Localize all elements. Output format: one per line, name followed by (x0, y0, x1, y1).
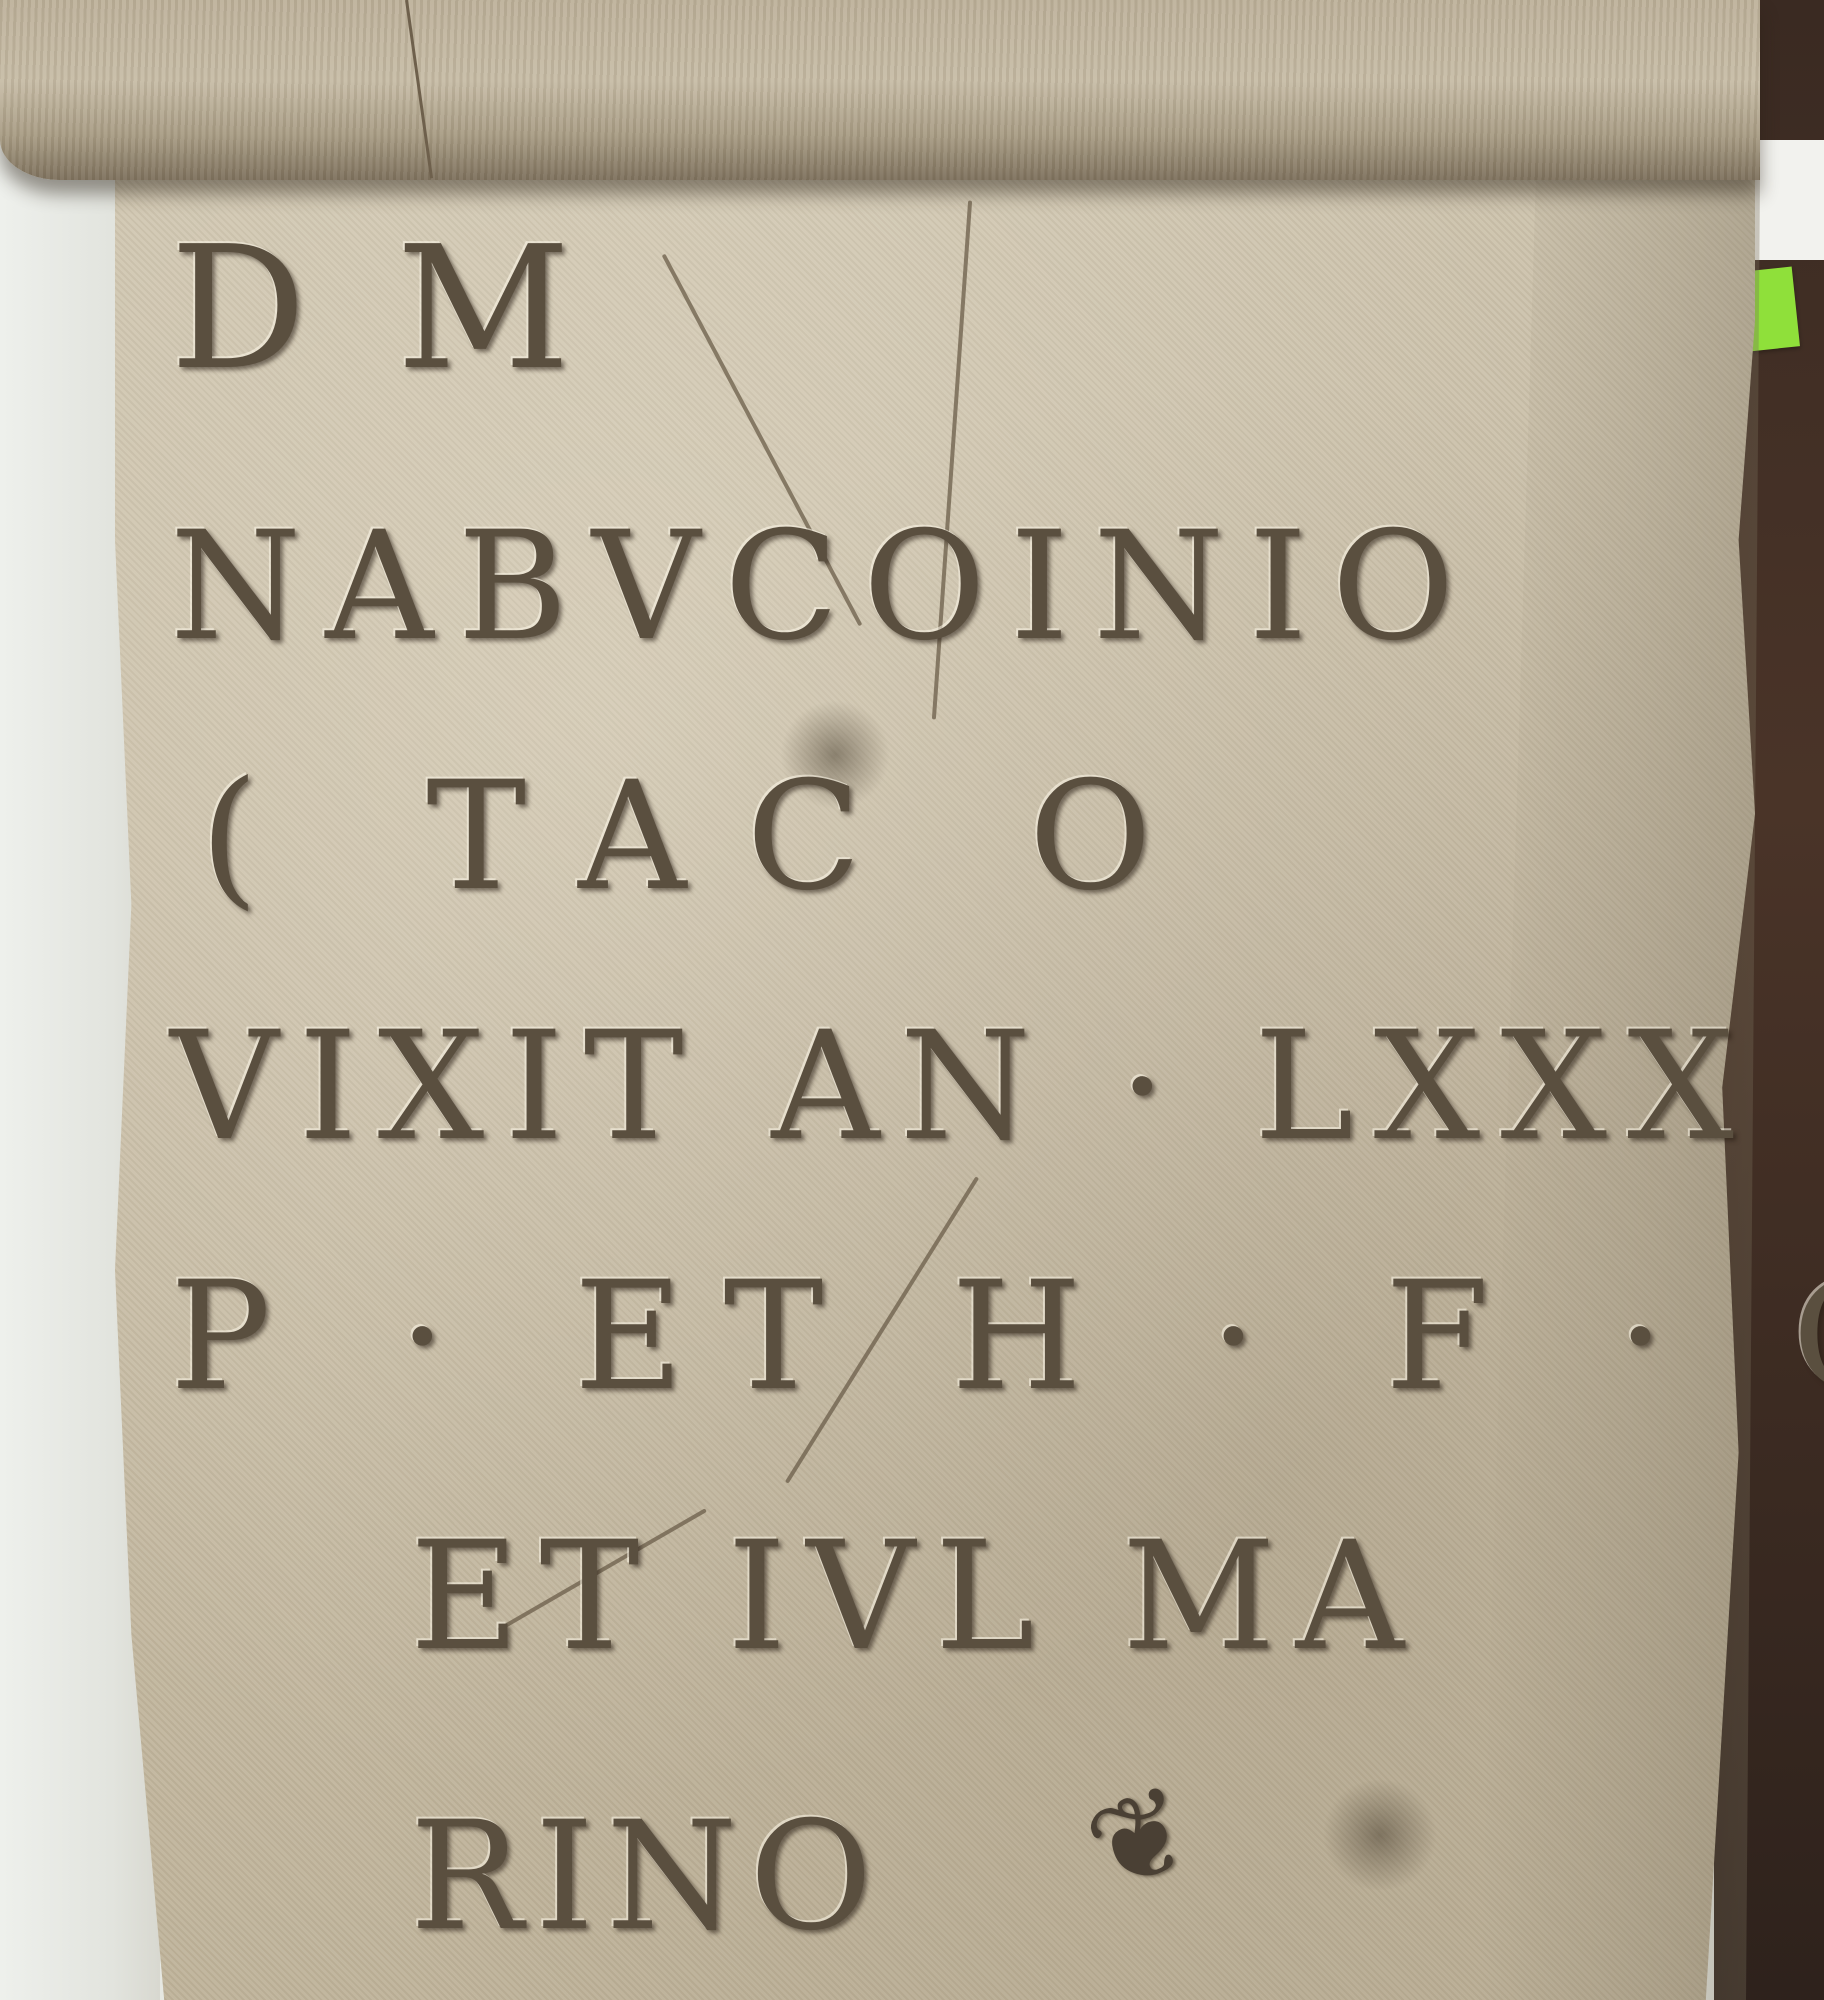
inscription-line-3: ( TAC O (200, 750, 1650, 924)
inscription-line-4: VIXIT AN · LXXX (170, 1000, 1620, 1174)
latin-inscription: D M NABVCOINIO ( TAC O VIXIT AN · LXXX P… (170, 190, 1620, 1990)
cornice-crack (405, 0, 433, 178)
inscription-line-6: ET IVL MA (410, 1510, 1824, 1684)
inscription-line-1: D M (170, 210, 1620, 408)
stone-cornice (0, 0, 1760, 180)
inscription-line-2: NABVCOINIO (170, 500, 1620, 674)
inscription-line-5: P · ET H · F · C (170, 1250, 1620, 1424)
